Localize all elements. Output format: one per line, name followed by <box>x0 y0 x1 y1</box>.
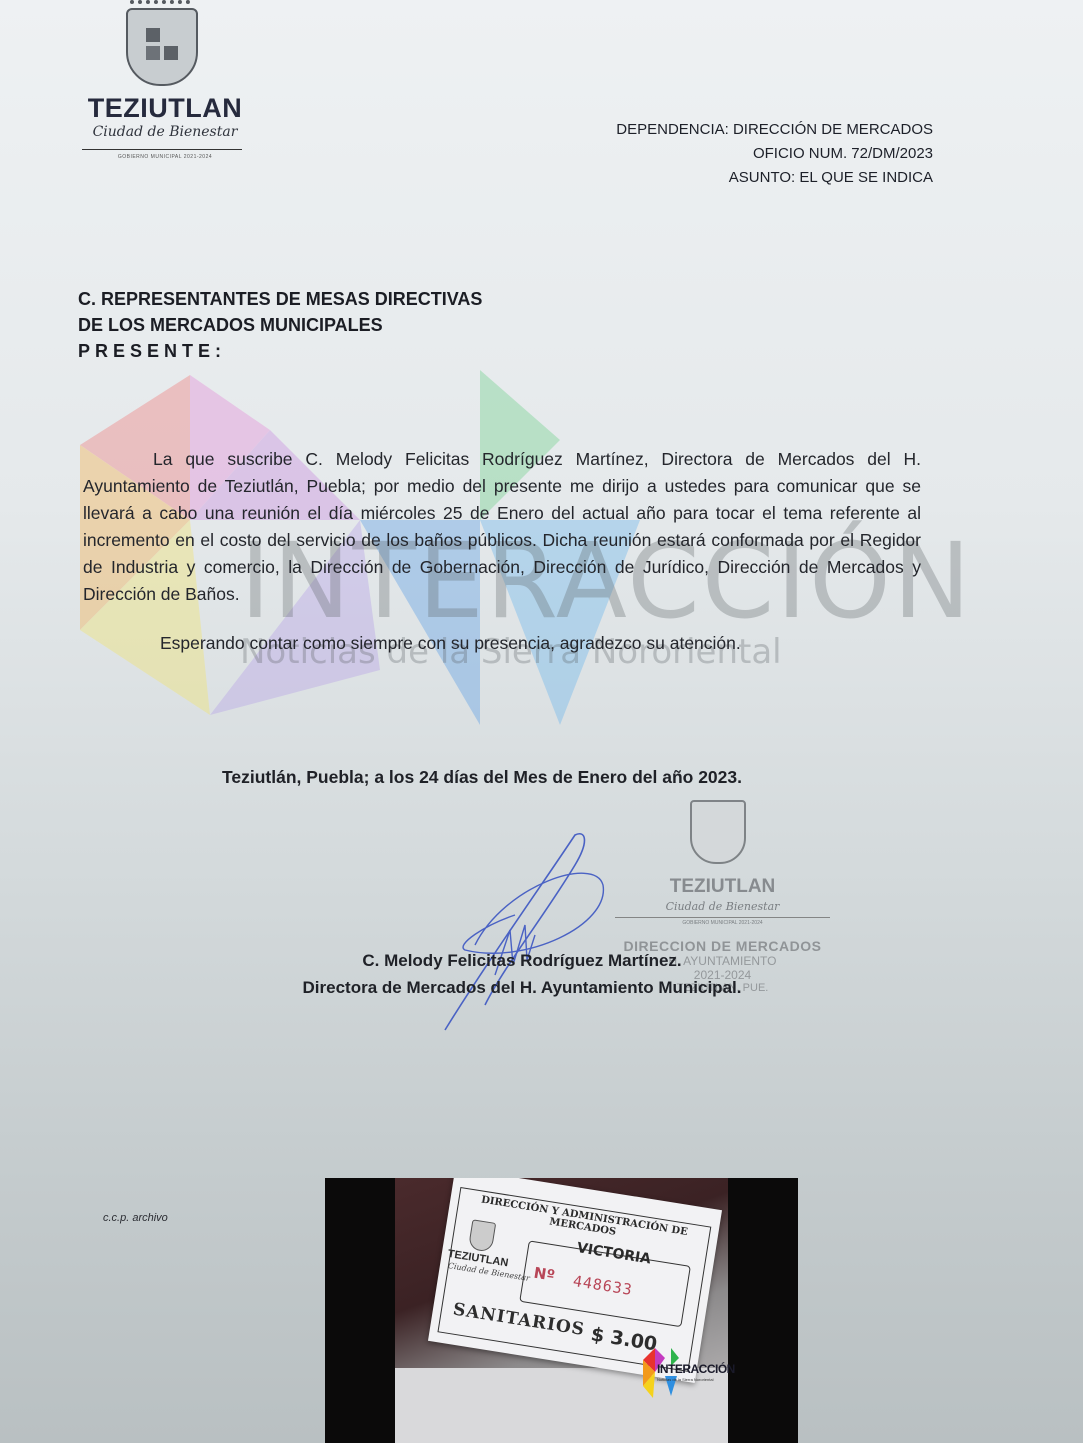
coat-of-arms-icon <box>126 8 198 86</box>
seal-government: GOBIERNO MUNICIPAL 2021-2024 <box>615 917 830 926</box>
logo-government: GOBIERNO MUNICIPAL 2021-2024 <box>80 154 250 160</box>
logo-title: TEZIUTLAN <box>80 93 250 124</box>
logo-divider <box>82 149 242 150</box>
oficio-number: OFICIO NUM. 72/DM/2023 <box>616 142 933 166</box>
photo-watermark-tagline: Noticias de la Sierra Nororiental <box>657 1377 713 1382</box>
seal-coat-of-arms-icon <box>690 800 746 864</box>
signer-block: C. Melody Felicitas Rodríguez Martínez. … <box>262 947 782 1001</box>
addressee: C. REPRESENTANTES DE MESAS DIRECTIVAS DE… <box>78 286 482 364</box>
handwritten-signature <box>425 825 625 1040</box>
addressee-line-2: DE LOS MERCADOS MUNICIPALES <box>78 312 482 338</box>
photo-watermark-brand: INTERACCIÓN <box>657 1362 735 1376</box>
ticket-number-label: Nº <box>533 1264 557 1285</box>
document-header: DEPENDENCIA: DIRECCIÓN DE MERCADOS OFICI… <box>616 118 933 190</box>
ticket-photo: DIRECCIÓN Y ADMINISTRACIÓN DE MERCADOS T… <box>325 1178 798 1443</box>
dependencia: DEPENDENCIA: DIRECCIÓN DE MERCADOS <box>616 118 933 142</box>
date-line: Teziutlán, Puebla; a los 24 días del Mes… <box>222 767 742 788</box>
addressee-line-1: C. REPRESENTANTES DE MESAS DIRECTIVAS <box>78 286 482 312</box>
signer-title: Directora de Mercados del H. Ayuntamient… <box>262 974 782 1001</box>
photo-watermark: INTERACCIÓN Noticias de la Sierra Norori… <box>643 1346 729 1398</box>
municipal-logo: TEZIUTLAN Ciudad de Bienestar GOBIERNO M… <box>80 0 250 165</box>
body-paragraph: La que suscribe C. Melody Felicitas Rodr… <box>83 446 921 608</box>
asunto: ASUNTO: EL QUE SE INDICA <box>616 166 933 190</box>
closing-line: Esperando contar como siempre con su pre… <box>160 633 741 654</box>
seal-title: TEZIUTLAN <box>615 876 830 898</box>
letter-body: La que suscribe C. Melody Felicitas Rodr… <box>83 446 921 608</box>
seal-subtitle: Ciudad de Bienestar <box>615 900 830 913</box>
presente: PRESENTE: <box>78 338 482 364</box>
ccp-note: c.c.p. archivo <box>103 1212 168 1224</box>
signer-name: C. Melody Felicitas Rodríguez Martínez. <box>262 947 782 974</box>
logo-subtitle: Ciudad de Bienestar <box>80 124 250 140</box>
